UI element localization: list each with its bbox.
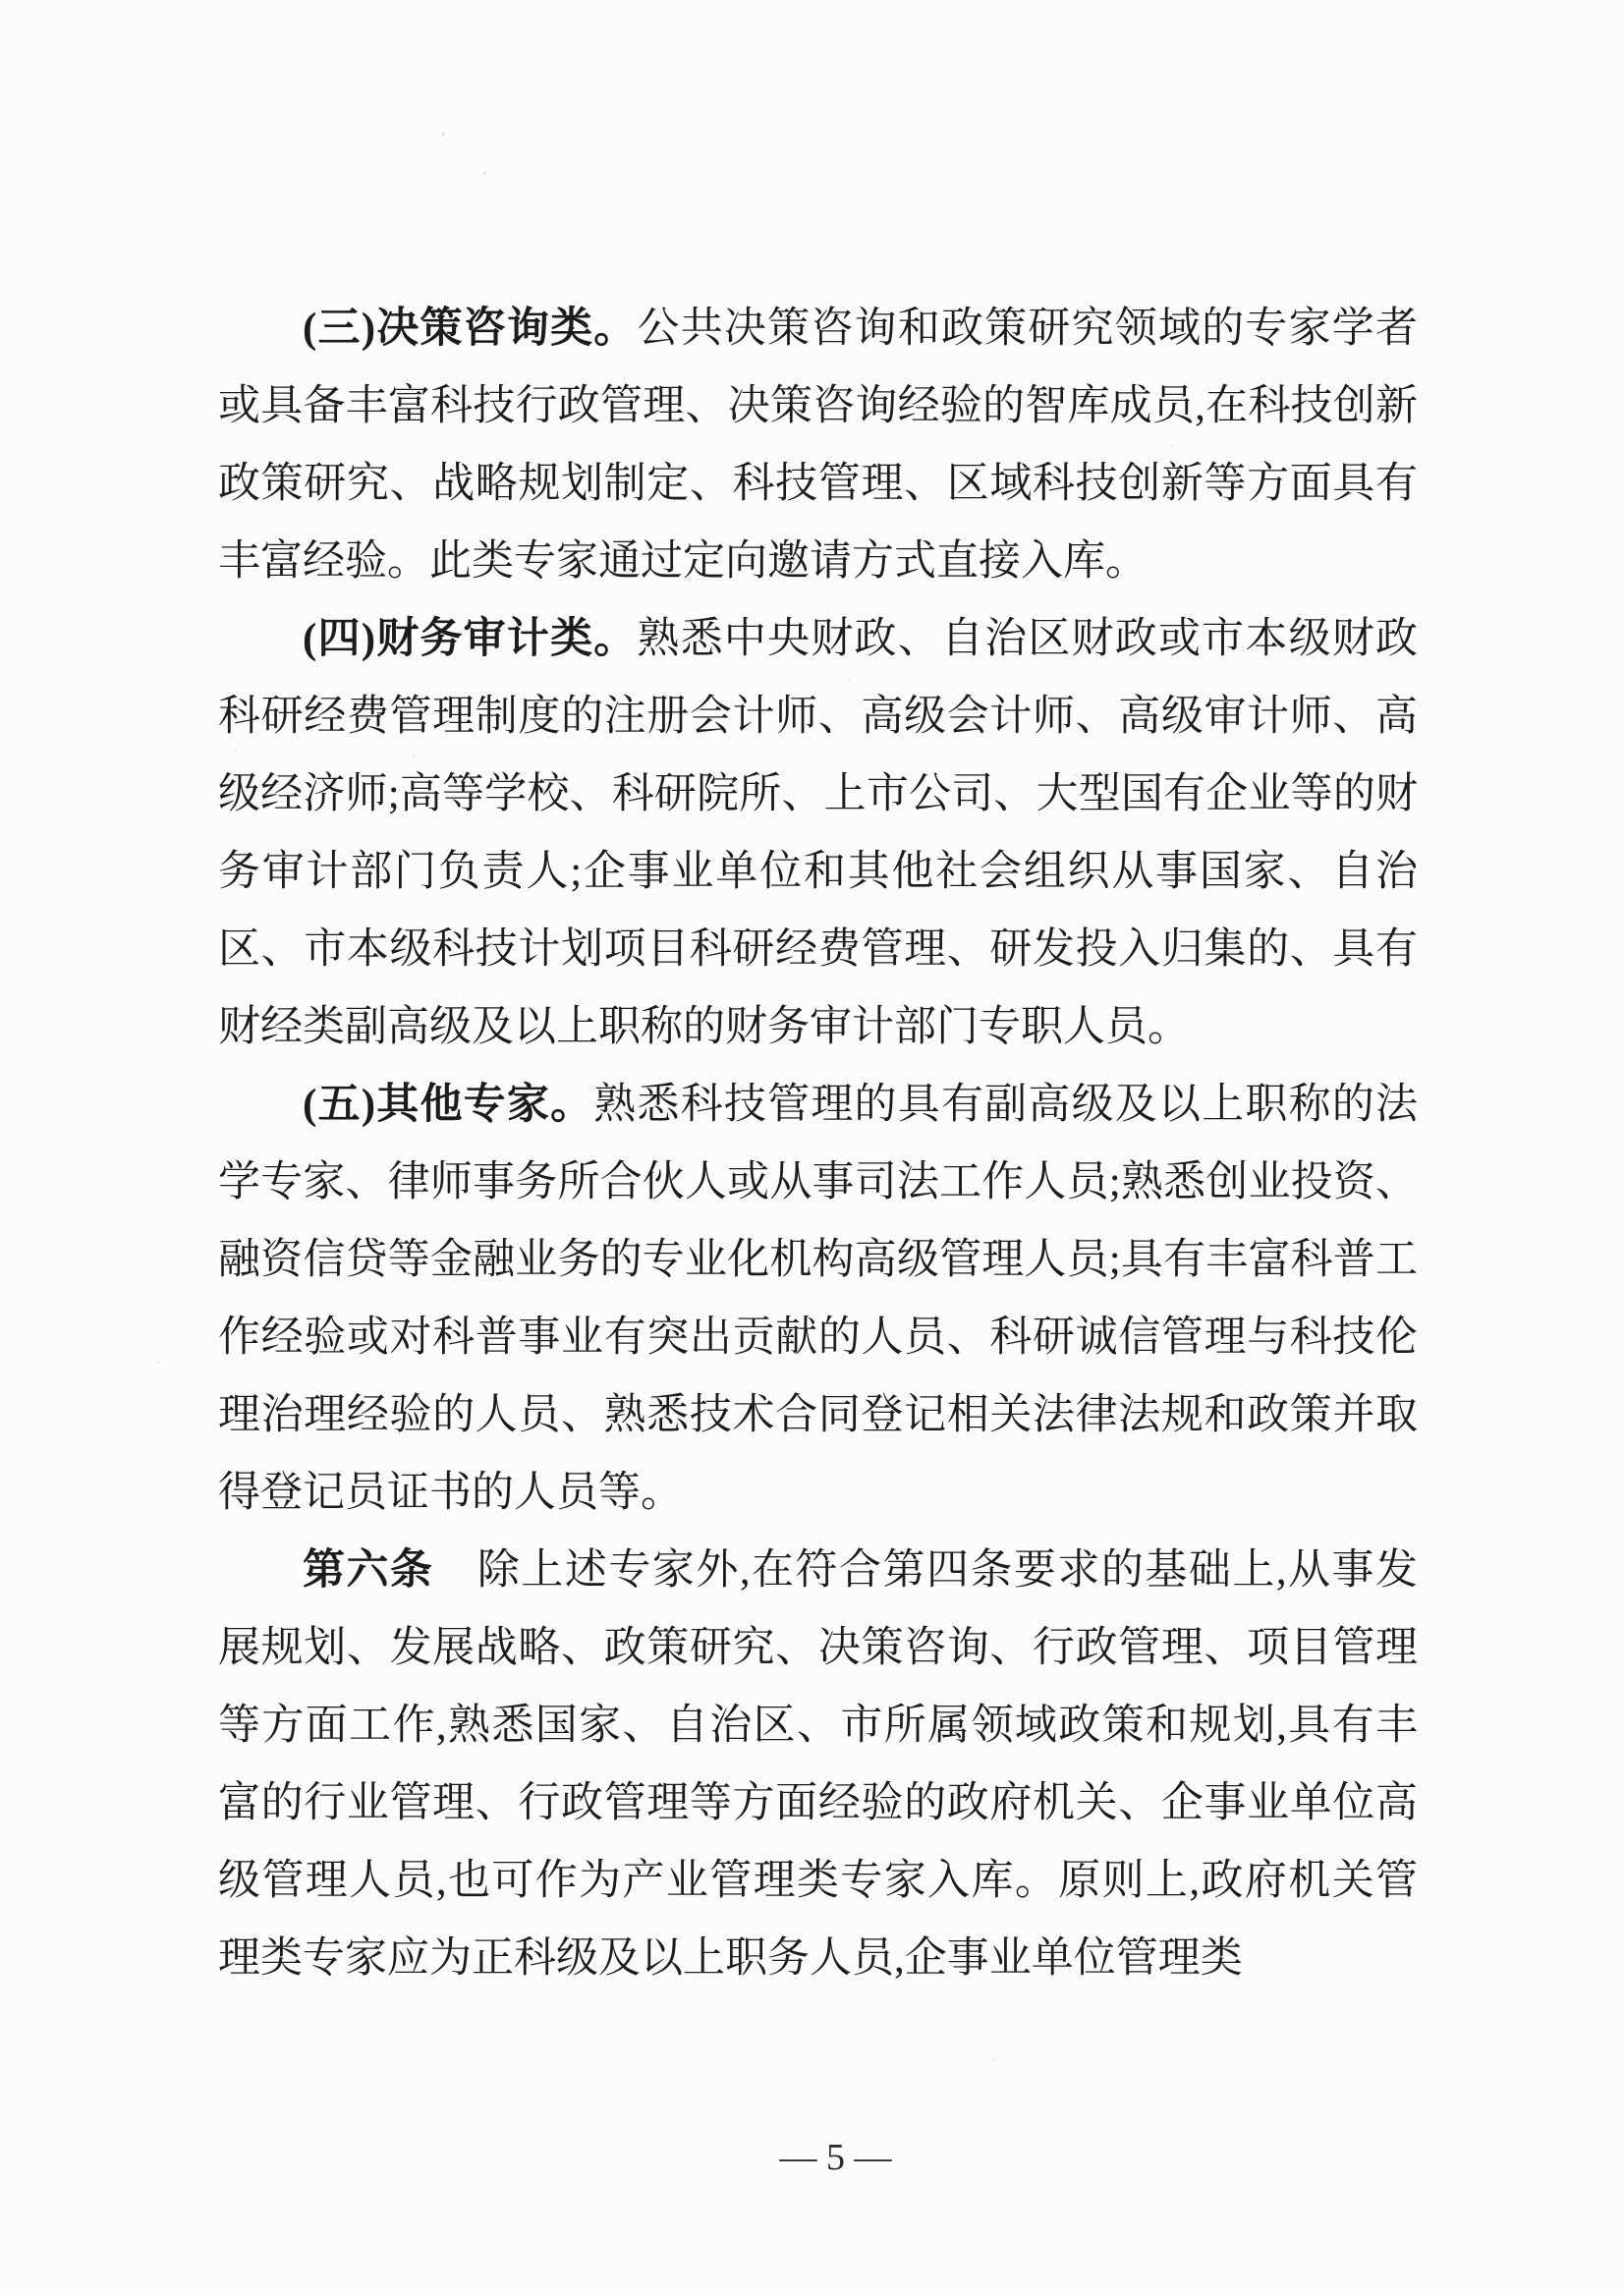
paragraph-text: 除上述专家外,在符合第四条要求的基础上,从事发展规划、发展战略、政策研究、决策咨… bbox=[218, 1547, 1418, 1982]
paragraph-category-decision-consulting: (三)决策咨询类。公共决策咨询和政策研究领域的专家学者或具备丰富科技行政管理、决… bbox=[218, 290, 1418, 600]
document-body: (三)决策咨询类。公共决策咨询和政策研究领域的专家学者或具备丰富科技行政管理、决… bbox=[218, 290, 1418, 1997]
scan-speck bbox=[483, 172, 486, 175]
paragraph-lead: 第六条 bbox=[303, 1547, 433, 1594]
paragraph-text: 熟悉科技管理的具有副高级及以上职称的法学专家、律师事务所合伙人或从事司法工作人员… bbox=[218, 1082, 1418, 1516]
scan-speck bbox=[992, 2058, 995, 2061]
paragraph-article-6: 第六条 除上述专家外,在符合第四条要求的基础上,从事发展规划、发展战略、政策研究… bbox=[218, 1532, 1418, 1997]
document-page: (三)决策咨询类。公共决策咨询和政策研究领域的专家学者或具备丰富科技行政管理、决… bbox=[0, 0, 1624, 2295]
paragraph-lead: (四)财务审计类。 bbox=[303, 616, 638, 662]
paragraph-category-other-experts: (五)其他专家。熟悉科技管理的具有副高级及以上职称的法学专家、律师事务所合伙人或… bbox=[218, 1066, 1418, 1532]
paragraph-lead: (五)其他专家。 bbox=[303, 1082, 593, 1128]
scan-speck bbox=[442, 133, 445, 136]
paragraph-lead: (三)决策咨询类。 bbox=[303, 306, 638, 352]
paragraph-text: 熟悉中央财政、自治区财政或市本级财政科研经费管理制度的注册会计师、高级会计师、高… bbox=[218, 616, 1418, 1050]
paragraph-category-finance-audit: (四)财务审计类。熟悉中央财政、自治区财政或市本级财政科研经费管理制度的注册会计… bbox=[218, 600, 1418, 1066]
scan-speck bbox=[157, 1361, 160, 1364]
page-number: — 5 — bbox=[24, 2138, 1624, 2177]
